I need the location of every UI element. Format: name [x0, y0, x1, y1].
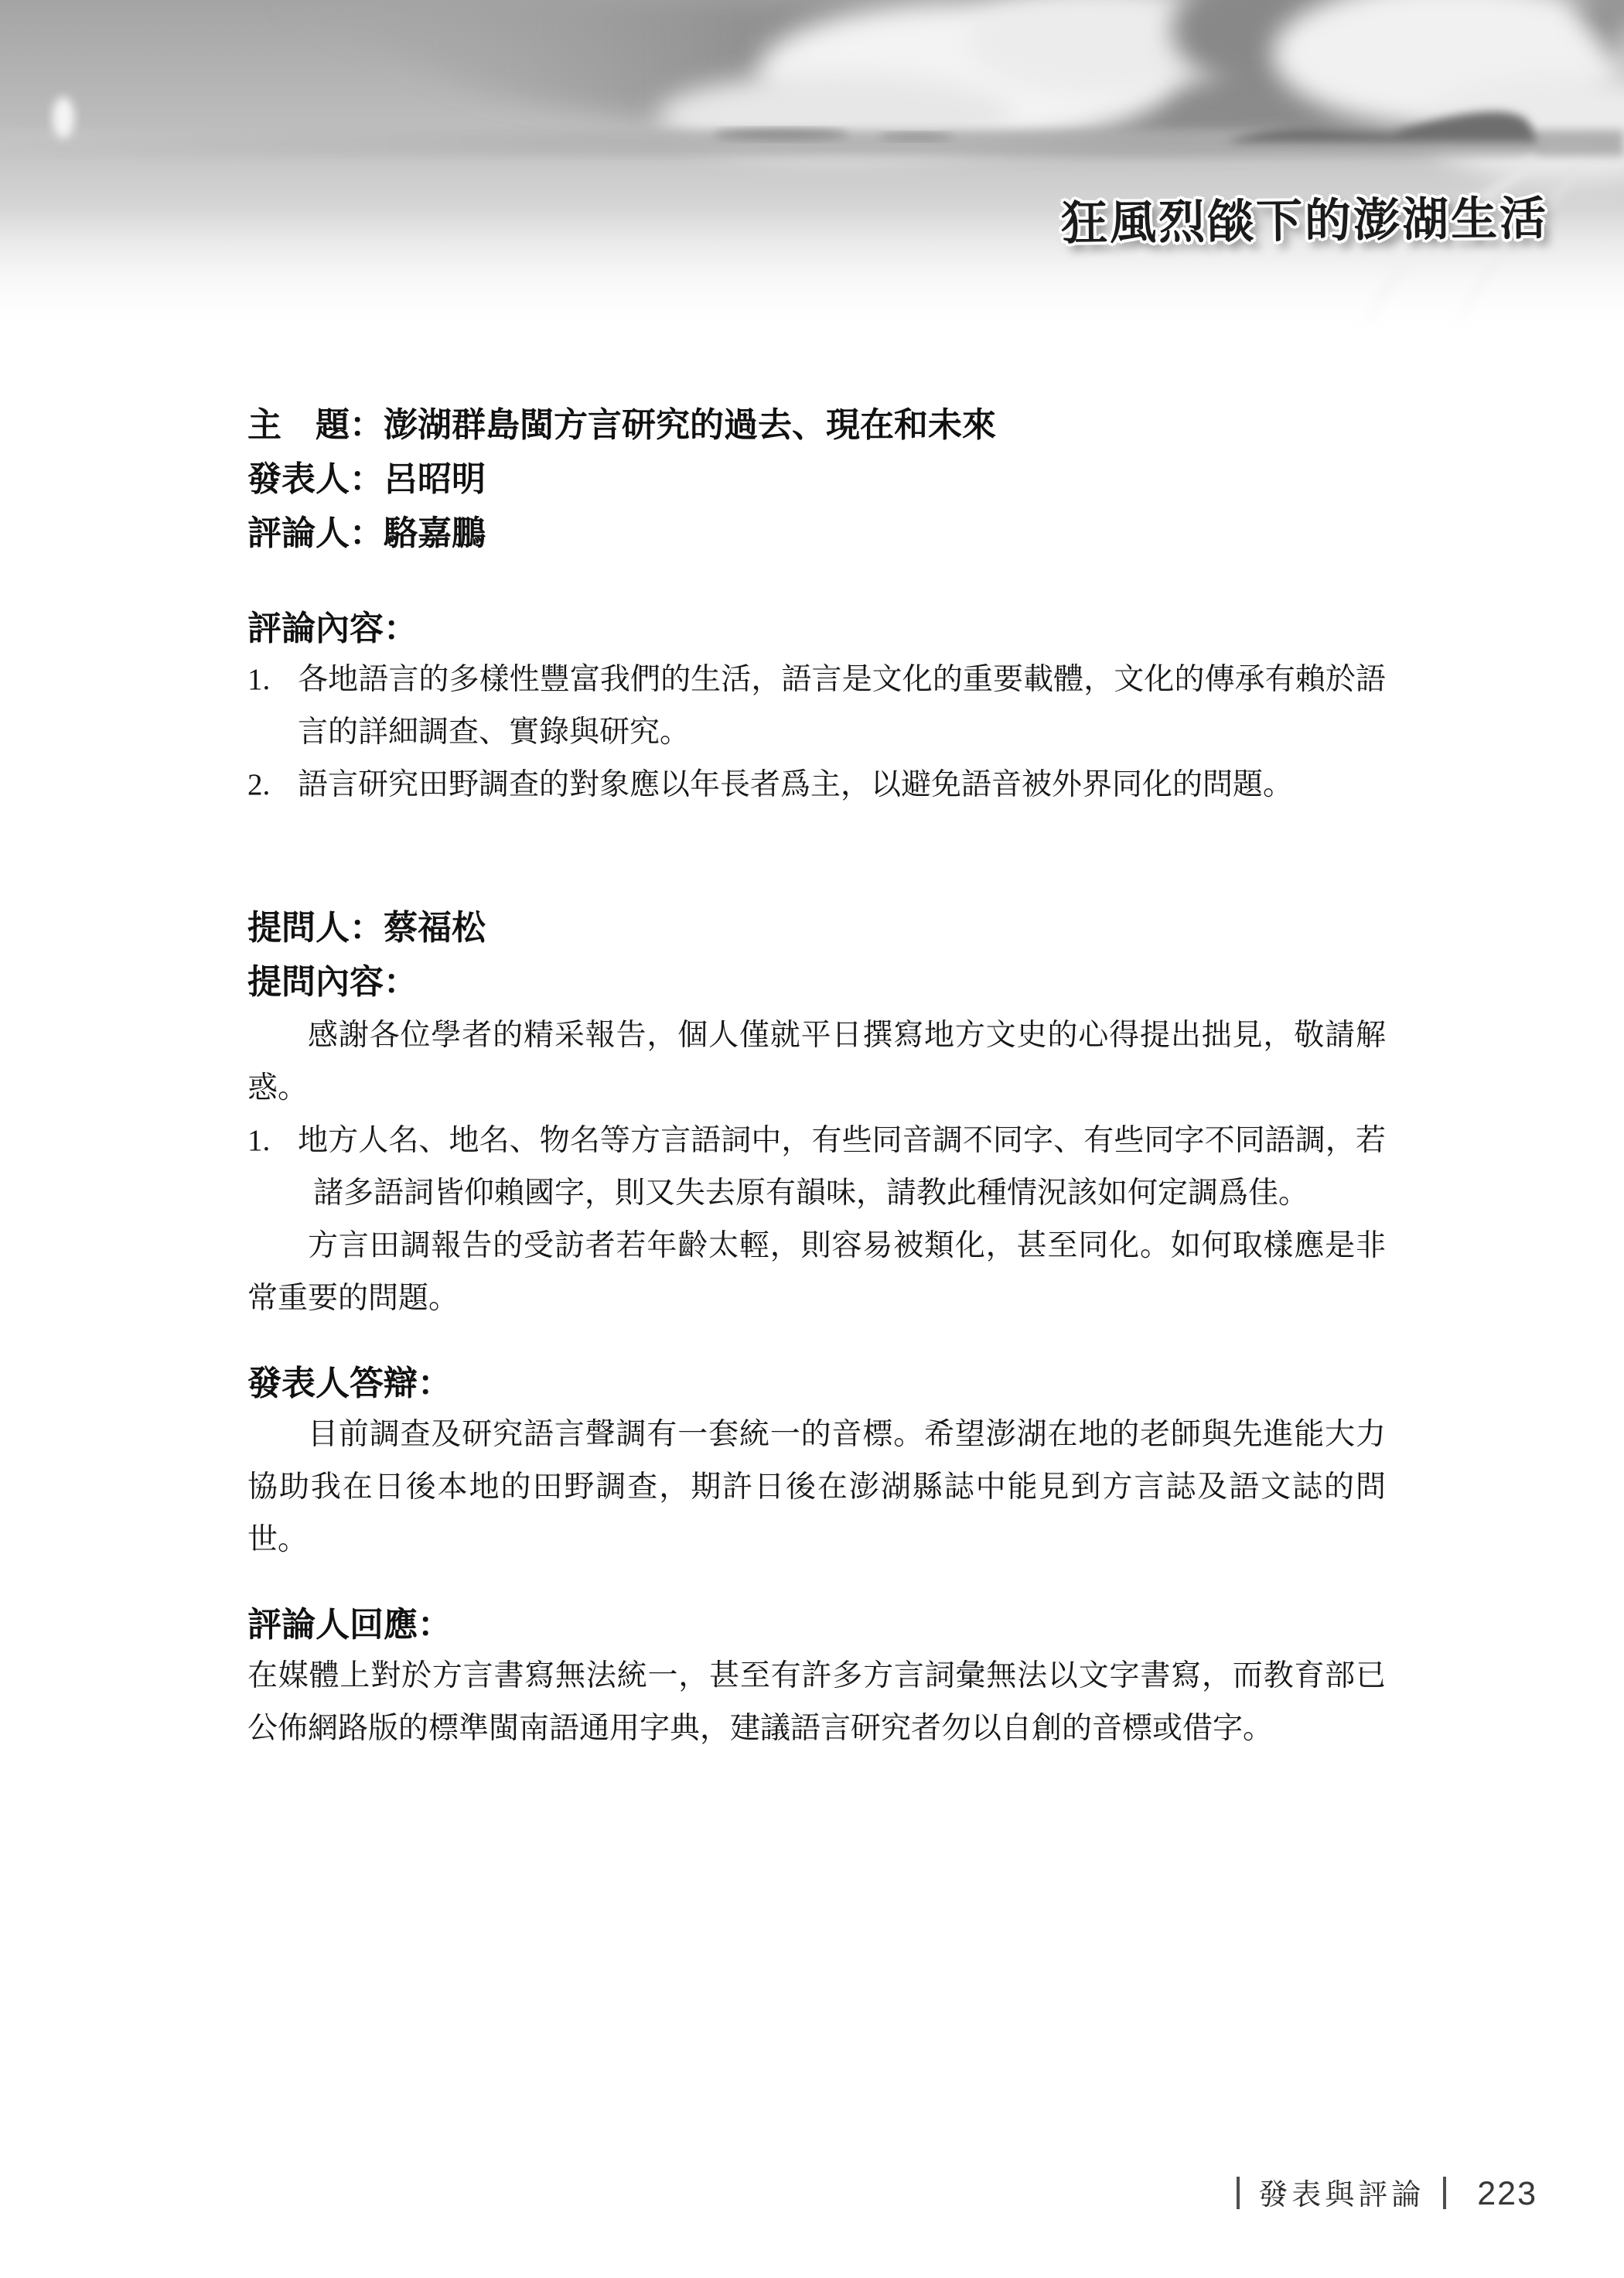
presenter-name: 呂昭明: [384, 460, 486, 498]
footer-divider-left: [1237, 2177, 1240, 2209]
commentator-line: 評論人：駱嘉鵬: [247, 507, 1386, 561]
footer-page-number: 223: [1477, 2175, 1537, 2212]
comment-item-1-text: 各地語言的多樣性豐富我們的生活，語言是文化的重要載體，文化的傳承有賴於語言的詳細…: [298, 663, 1386, 749]
commentator-label: 評論人：: [247, 514, 384, 552]
book-page: 狂風烈燄下的澎湖生活 主 題：澎湖群島閩方言研究的過去、現在和未來 發表人：呂昭…: [0, 0, 1624, 2278]
footer-divider-right: [1443, 2177, 1446, 2209]
response-section-heading: 評論人回應：: [247, 1600, 1386, 1650]
presenter-line: 發表人：呂昭明: [247, 453, 1386, 507]
list-marker: 2.: [247, 759, 298, 811]
topic-line: 主 題：澎湖群島閩方言研究的過去、現在和未來: [247, 398, 1386, 453]
list-marker: 1.: [247, 1115, 298, 1167]
list-marker: 1.: [247, 654, 298, 706]
response-paragraph: 在媒體上對於方言書寫無法統一，甚至有許多方言詞彙無法以文字書寫，而教育部已公佈網…: [247, 1650, 1386, 1755]
reply-paragraph: 目前調查及研究語言聲調有一套統一的音標。希望澎湖在地的老師與先進能大力協助我在日…: [247, 1409, 1386, 1566]
footer-section-title: 發表與評論: [1258, 2179, 1424, 2211]
comment-item-2: 2.語言研究田野調查的對象應以年長者爲主，以避免語音被外界同化的問題。: [298, 759, 1386, 811]
asker-line: 提問人：蔡福松: [247, 901, 1386, 955]
question-item-1: 1.地方人名、地名、物名等方言語詞中，有些同音調不同字、有些同字不同語調，若諸多…: [313, 1115, 1386, 1220]
asker-label: 提問人：: [247, 909, 384, 947]
topic-value: 澎湖群島閩方言研究的過去、現在和未來: [384, 406, 996, 444]
comment-item-1: 1.各地語言的多樣性豐富我們的生活，語言是文化的重要載體，文化的傳承有賴於語言的…: [298, 654, 1386, 759]
comment-item-2-text: 語言研究田野調查的對象應以年長者爲主，以避免語音被外界同化的問題。: [298, 768, 1293, 801]
asker-name: 蔡福松: [384, 909, 486, 947]
comment-section-heading: 評論內容：: [247, 604, 1386, 654]
question-intro-paragraph: 感謝各位學者的精采報告，個人僅就平日撰寫地方文史的心得提出拙見，敬請解惑。: [247, 1009, 1386, 1115]
commentator-name: 駱嘉鵬: [384, 514, 486, 552]
topic-label: 主 題：: [247, 406, 384, 444]
page-footer: 發表與評論223: [1237, 2175, 1537, 2220]
session-meta: 主 題：澎湖群島閩方言研究的過去、現在和未來 發表人：呂昭明 評論人：駱嘉鵬: [247, 398, 1386, 561]
presenter-label: 發表人：: [247, 460, 384, 498]
question-followup-paragraph: 方言田調報告的受訪者若年齡太輕，則容易被類化，甚至同化。如何取樣應是非常重要的問…: [247, 1220, 1386, 1325]
question-item-1-text: 地方人名、地名、物名等方言語詞中，有些同音調不同字、有些同字不同語調，若諸多語詞…: [298, 1124, 1386, 1210]
question-meta: 提問人：蔡福松 提問內容：: [247, 901, 1386, 1009]
reply-section-heading: 發表人答辯：: [247, 1359, 1386, 1409]
question-section-heading: 提問內容：: [247, 955, 1386, 1009]
document-body: 主 題：澎湖群島閩方言研究的過去、現在和未來 發表人：呂昭明 評論人：駱嘉鵬 評…: [247, 0, 1386, 1755]
